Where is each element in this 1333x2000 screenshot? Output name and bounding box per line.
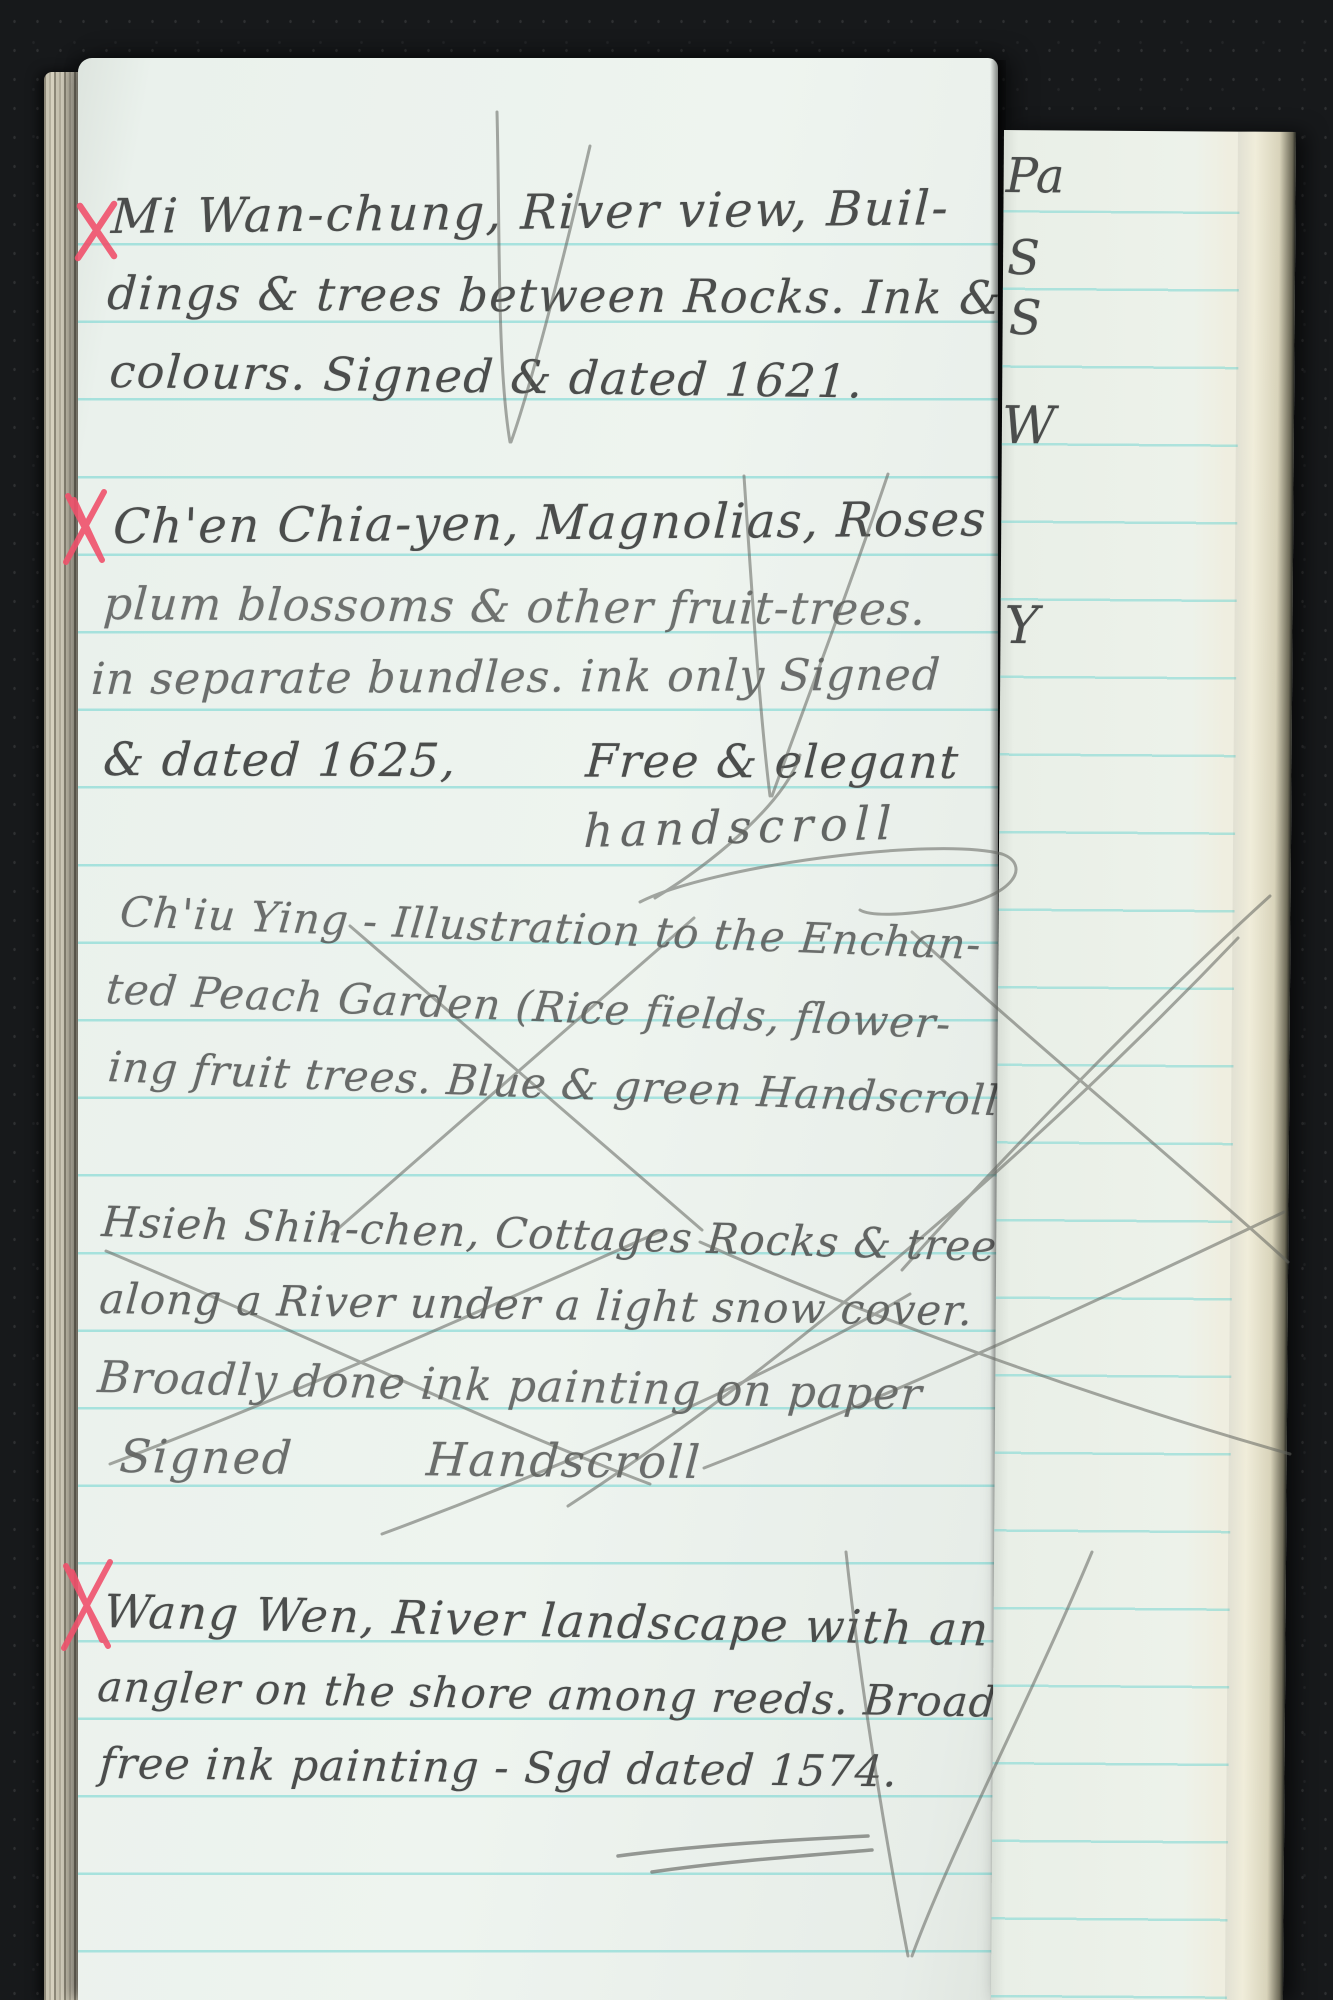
adjacent-page-fragment: Pa [1005,148,1064,204]
page-stack-edge [44,72,78,2000]
handwritten-line: Signed Handscroll [118,1431,703,1488]
rule-lines [991,210,1239,2000]
handwritten-line: & dated 1625, Free & elegant [102,734,961,788]
notebook-photo: { "document": { "kind": "handwritten not… [0,0,1333,2000]
handwritten-line: along a River under a light snow cover. [98,1276,975,1334]
adjacent-page-fragment: Y [1004,596,1039,656]
adjacent-page-fragment: S [1008,290,1041,346]
right-page-edge: Pa S S W Y [991,130,1296,2000]
handwritten-line: Broadly done ink painting on paper [96,1354,924,1420]
handwritten-line: angler on the shore among reeds. Broad [96,1664,998,1726]
handwritten-line: Mi Wan-chung, River view, Buil- [110,182,951,244]
handwritten-line: ted Peach Garden (Rice fields, flower- [104,966,954,1047]
handwritten-line: dings & trees between Rocks. Ink & [106,268,1003,323]
handwritten-line: free ink painting - Sgd dated 1574. [98,1741,899,1797]
handwritten-line-handscroll: handscroll [583,798,899,857]
handwritten-line: colours. Signed & dated 1621. [108,346,866,407]
adjacent-page-fragment: W [1002,396,1056,456]
handwritten-line: in separate bundles. ink only Signed [90,652,942,705]
handwritten-line: plum blossoms & other fruit-trees. [102,579,928,634]
handwritten-line: Ch'en Chia-yen, Magnolias, Roses [112,493,988,553]
handwritten-line: Hsieh Shih-chen, Cottages Rocks & trees [100,1199,1022,1271]
handwritten-line: Ch'iu Ying - Illustration to the Enchan- [118,889,984,968]
handwritten-line: ing fruit trees. Blue & green Handscroll [106,1044,1002,1124]
left-page: Mi Wan-chung, River view, Buil- dings & … [78,58,998,2000]
adjacent-page-fragment: S [1007,230,1040,286]
page-curl-edge [1225,132,1296,2000]
handwritten-line: Wang Wen, River landscape with an [102,1586,991,1655]
